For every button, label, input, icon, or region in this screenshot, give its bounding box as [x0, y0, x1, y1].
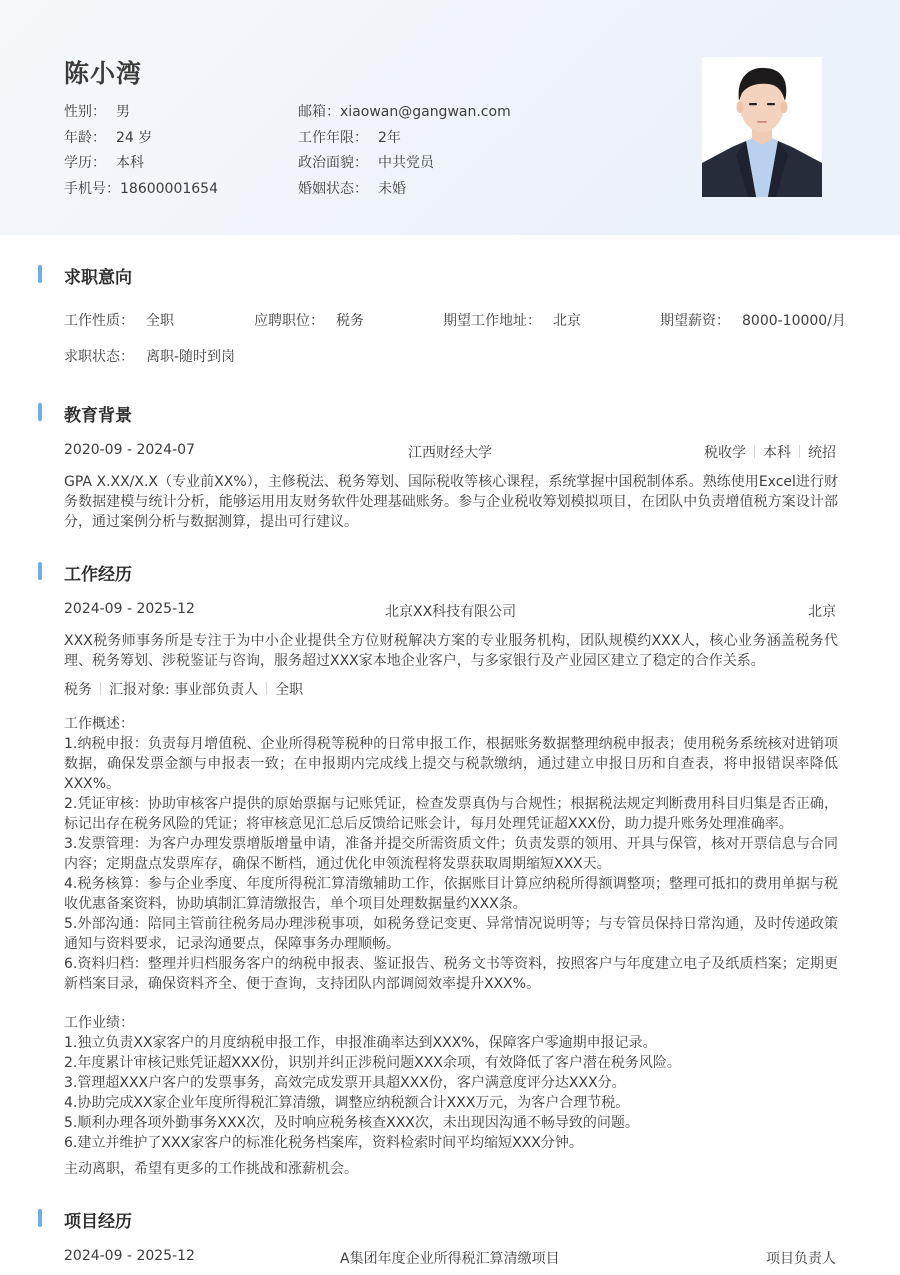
- intent-location-label: 期望工作地址：: [443, 313, 541, 329]
- phone-value: 18600001654: [120, 181, 218, 197]
- experience-row: 工作年限：2年: [298, 127, 401, 147]
- work-overview-item: 3.发票管理：为客户办理发票增版增量申请，准备并提交所需资质文件；负责发票的领用…: [64, 834, 838, 874]
- marital-label: 婚姻状态：: [298, 181, 368, 197]
- email-label: 邮箱：: [298, 104, 340, 120]
- intent-status-value: 离职-随时到岗: [146, 349, 235, 365]
- intent-salary: 期望薪资：8000-10000/月: [660, 310, 846, 330]
- intent-status: 求职状态：离职-随时到岗: [64, 346, 235, 366]
- work-tag: 税务: [64, 682, 92, 698]
- work-achievements-label: 工作业绩：: [64, 1013, 838, 1033]
- marital-row: 婚姻状态：未婚: [298, 178, 406, 198]
- intent-section-bar: [38, 265, 42, 283]
- work-achievement-item: 2.年度累计审核记账凭证超XXX份，识别并纠正涉税问题XXX余项，有效降低了客户…: [64, 1053, 838, 1073]
- intent-nature: 工作性质：全职: [64, 310, 174, 330]
- experience-label: 工作年限：: [298, 130, 368, 146]
- work-achievements: 工作业绩： 1.独立负责XX家客户的月度纳税申报工作，申报准确率达到XXX%，保…: [64, 1013, 838, 1153]
- work-overview: 工作概述： 1.纳税申报：负责每月增值税、企业所得税等税种的日常申报工作，根据账…: [64, 714, 838, 994]
- project-name: A集团年度企业所得税汇算清缴项目: [340, 1248, 560, 1268]
- intent-position-label: 应聘职位：: [254, 313, 324, 329]
- candidate-name: 陈小湾: [64, 54, 142, 90]
- education-row: 学历：本科: [64, 152, 144, 172]
- work-achievement-item: 3.管理超XXX户客户的发票事务，高效完成发票开具超XXX份，客户满意度评分达X…: [64, 1073, 838, 1093]
- education-section-title: 教育背景: [64, 401, 132, 426]
- phone-label: 手机号：: [64, 181, 120, 197]
- education-type: 统招: [808, 445, 836, 461]
- education-label: 学历：: [64, 155, 106, 171]
- work-city: 北京: [808, 601, 836, 621]
- email-row: 邮箱：xiaowan@gangwan.com: [298, 101, 511, 121]
- experience-value: 2年: [378, 130, 401, 146]
- work-section-bar: [38, 562, 42, 580]
- work-tag: 全职: [275, 682, 303, 698]
- education-degree: 本科: [763, 445, 791, 461]
- profile-photo: [702, 57, 822, 197]
- work-achievement-item: 6.建立并维护了XXX家客户的标准化税务档案库，资料检索时间平均缩短XXX分钟。: [64, 1133, 838, 1153]
- intent-location-value: 北京: [553, 313, 581, 329]
- education-major: 税收学: [704, 445, 746, 461]
- intent-location: 期望工作地址：北京: [443, 310, 581, 330]
- education-period: 2020-09 - 2024-07: [64, 442, 195, 458]
- work-achievement-item: 4.协助完成XX家企业年度所得税汇算清缴，调整应纳税额合计XXX万元，为客户合理…: [64, 1093, 838, 1113]
- divider: [754, 445, 755, 458]
- political-value: 中共党员: [378, 155, 434, 171]
- work-tag: 汇报对象: 事业部负责人: [109, 682, 258, 698]
- project-role: 项目负责人: [766, 1248, 836, 1268]
- gender-value: 男: [116, 104, 130, 120]
- gender-label: 性别：: [64, 104, 106, 120]
- divider: [266, 682, 267, 695]
- gender-row: 性别：男: [64, 101, 130, 121]
- intent-position-value: 税务: [336, 313, 364, 329]
- project-section-title: 项目经历: [64, 1207, 132, 1232]
- education-description: GPA X.XX/X.X（专业前XX%），主修税法、税务筹划、国际税收等核心课程…: [64, 472, 838, 532]
- divider: [100, 682, 101, 695]
- intent-position: 应聘职位：税务: [254, 310, 364, 330]
- work-company: 北京XX科技有限公司: [385, 601, 516, 621]
- person-photo-icon: [702, 57, 822, 197]
- intent-salary-value: 8000-10000/月: [742, 313, 846, 329]
- project-section-bar: [38, 1209, 42, 1227]
- intent-salary-label: 期望薪资：: [660, 313, 730, 329]
- age-value: 24 岁: [116, 130, 152, 146]
- project-period: 2024-09 - 2025-12: [64, 1248, 195, 1264]
- work-company-intro: XXX税务师事务所是专注于为中小企业提供全方位财税解决方案的专业服务机构，团队规…: [64, 631, 838, 671]
- divider: [799, 445, 800, 458]
- political-row: 政治面貌：中共党员: [298, 152, 434, 172]
- education-value: 本科: [116, 155, 144, 171]
- work-overview-item: 6.资料归档：整理并归档服务客户的纳税申报表、鉴证报告、税务文书等资料，按照客户…: [64, 954, 838, 994]
- work-section-title: 工作经历: [64, 560, 132, 585]
- work-period: 2024-09 - 2025-12: [64, 601, 195, 617]
- work-achievement-item: 1.独立负责XX家客户的月度纳税申报工作，申报准确率达到XXX%，保障客户零逾期…: [64, 1033, 838, 1053]
- education-meta: 税收学本科统招: [704, 442, 836, 462]
- political-label: 政治面貌：: [298, 155, 368, 171]
- work-tags: 税务汇报对象: 事业部负责人全职: [64, 679, 303, 699]
- age-row: 年龄：24 岁: [64, 127, 152, 147]
- education-school: 江西财经大学: [408, 442, 492, 462]
- intent-nature-label: 工作性质：: [64, 313, 134, 329]
- work-overview-label: 工作概述：: [64, 714, 838, 734]
- intent-section-title: 求职意向: [64, 263, 132, 288]
- intent-nature-value: 全职: [146, 313, 174, 329]
- work-achievement-item: 5.顺利办理各项外勤事务XXX次，及时响应税务核查XXX次，未出现因沟通不畅导致…: [64, 1113, 838, 1133]
- education-section-bar: [38, 403, 42, 421]
- work-overview-item: 1.纳税申报：负责每月增值税、企业所得税等税种的日常申报工作，根据账务数据整理纳…: [64, 734, 838, 794]
- work-overview-item: 4.税务核算：参与企业季度、年度所得税汇算清缴辅助工作，依据账目计算应纳税所得额…: [64, 874, 838, 914]
- work-overview-item: 2.凭证审核：协助审核客户提供的原始票据与记账凭证，检查发票真伪与合规性；根据税…: [64, 794, 838, 834]
- work-overview-item: 5.外部沟通：陪同主管前往税务局办理涉税事项，如税务登记变更、异常情况说明等；与…: [64, 914, 838, 954]
- intent-status-label: 求职状态：: [64, 349, 134, 365]
- work-leave-reason: 主动离职，希望有更多的工作挑战和涨薪机会。: [64, 1159, 838, 1179]
- age-label: 年龄：: [64, 130, 106, 146]
- marital-value: 未婚: [378, 181, 406, 197]
- phone-row: 手机号：18600001654: [64, 178, 218, 198]
- email-value[interactable]: xiaowan@gangwan.com: [340, 104, 511, 120]
